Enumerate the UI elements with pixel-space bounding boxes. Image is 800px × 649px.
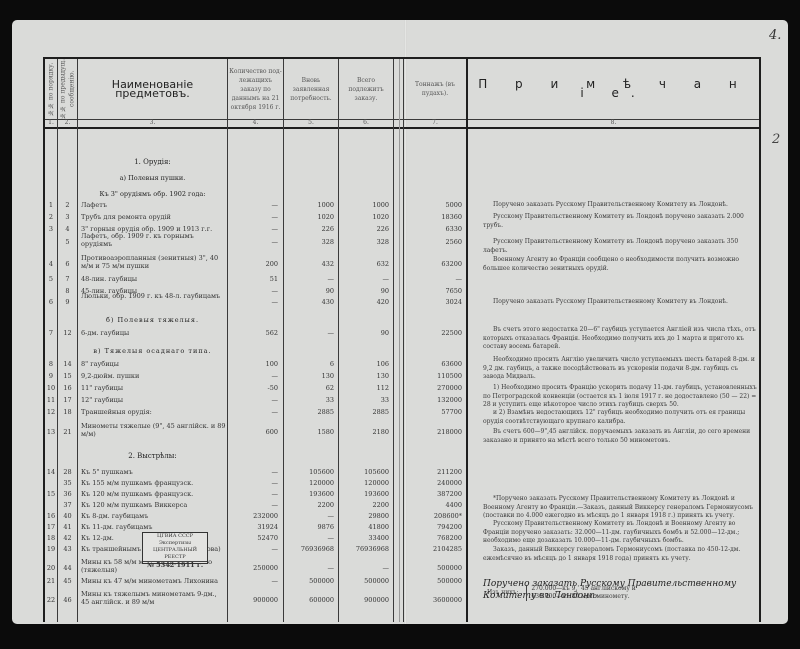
prev-number: 44 bbox=[58, 564, 77, 572]
subsection-heading: в) Тяжелыя осаднаго типа. bbox=[78, 347, 227, 355]
qty-oct-1916: 900000 bbox=[228, 596, 278, 604]
new-demand: 62 bbox=[284, 384, 334, 392]
total-to-order: 76936968 bbox=[339, 545, 389, 553]
subsection-heading: Къ 3" орудiямъ обр. 1902 года: bbox=[78, 190, 227, 198]
tonnage: 5000 bbox=[404, 201, 462, 209]
column-number: 3. bbox=[78, 119, 227, 127]
tonnage: 18360 bbox=[404, 213, 462, 221]
new-demand: 105600 bbox=[284, 468, 334, 476]
prev-number: 16 bbox=[58, 384, 77, 392]
row-number: 6 bbox=[45, 298, 57, 306]
total-to-order: 112 bbox=[339, 384, 389, 392]
qty-oct-1916: 600 bbox=[228, 428, 278, 436]
total-to-order: — bbox=[339, 564, 389, 572]
qty-oct-1916: 250000 bbox=[228, 564, 278, 572]
remark-note: Поручено заказать Русскому Правительстве… bbox=[483, 201, 758, 210]
prev-number: 18 bbox=[58, 408, 77, 416]
header-col2: №№ по предыдущ. сообщенiю. bbox=[58, 59, 77, 119]
prev-number: 8 bbox=[58, 287, 77, 295]
header-col4: Количество под-лежащихъ заказу по данным… bbox=[228, 59, 283, 119]
item-name: Минометы тяжелые (9", 45 англiйск. и 89 … bbox=[81, 422, 227, 438]
new-demand: 90 bbox=[284, 287, 334, 295]
remark-note: Въ счетъ этого недостатка 20—6" гаубицъ … bbox=[483, 326, 758, 352]
header-col3: Наименованiе предметовъ. bbox=[78, 59, 227, 119]
tonnage: 3600000 bbox=[404, 596, 462, 604]
column-number: 8. bbox=[468, 119, 759, 127]
qty-oct-1916: 52470 bbox=[228, 534, 278, 542]
subsection-heading: б) Полевыя тяжелыя. bbox=[78, 316, 227, 324]
total-to-order: 90 bbox=[339, 287, 389, 295]
item-name: Къ 5" пушкамъ bbox=[81, 468, 227, 476]
total-breakdown: Изъ нихъ: 270.000—къ 9,' 45 англiйскому … bbox=[487, 585, 636, 601]
header-col8: П р и м ѣ ч а н i е. bbox=[468, 59, 759, 119]
item-name: Лафетъ, обр. 1909 г. къ горнымъ орудiямъ bbox=[81, 232, 227, 248]
fold-line bbox=[399, 59, 400, 622]
qty-oct-1916: — bbox=[228, 287, 278, 295]
tonnage: 132000 bbox=[404, 396, 462, 404]
total-to-order: 632 bbox=[339, 260, 389, 268]
new-demand: 430 bbox=[284, 298, 334, 306]
prev-number: 28 bbox=[58, 468, 77, 476]
item-name: Люльки, обр. 1909 г. къ 48-л. гаубицамъ bbox=[81, 292, 227, 300]
remark-note: Заказъ, данный Виккерсу генераломъ Гермо… bbox=[483, 546, 758, 563]
row-number: 17 bbox=[45, 523, 57, 531]
new-demand: — bbox=[284, 534, 334, 542]
prev-number: 37 bbox=[58, 501, 77, 509]
item-name: 8" гаубицы bbox=[81, 360, 227, 368]
qty-oct-1916: 100 bbox=[228, 360, 278, 368]
prev-number: 42 bbox=[58, 534, 77, 542]
row-number: 21 bbox=[45, 577, 57, 585]
stamp-number: № 5342 1911 г. bbox=[143, 561, 207, 569]
table-right-edge bbox=[759, 59, 761, 622]
total-label: Изъ нихъ: bbox=[487, 589, 518, 597]
new-demand: 120000 bbox=[284, 479, 334, 487]
tonnage: 4400 bbox=[404, 501, 462, 509]
total-to-order: 130 bbox=[339, 372, 389, 380]
item-name: Лафетъ bbox=[81, 201, 227, 209]
tonnage: 500000 bbox=[404, 564, 462, 572]
qty-oct-1916: — bbox=[228, 213, 278, 221]
total-to-order: 1020 bbox=[339, 213, 389, 221]
tonnage: 3024 bbox=[404, 298, 462, 306]
tonnage: 768200 bbox=[404, 534, 462, 542]
prev-number: 6 bbox=[58, 260, 77, 268]
row-number: 12 bbox=[45, 408, 57, 416]
subsection-heading: а) Полевыя пушки. bbox=[78, 174, 227, 182]
row-number: 3 bbox=[45, 225, 57, 233]
new-demand: 76936968 bbox=[284, 545, 334, 553]
prev-number: 14 bbox=[58, 360, 77, 368]
qty-oct-1916: 232000 bbox=[228, 512, 278, 520]
item-name: 9,2-дюйм. пушки bbox=[81, 372, 227, 380]
row-number: 15 bbox=[45, 490, 57, 498]
col-divider bbox=[466, 59, 468, 622]
qty-oct-1916: — bbox=[228, 372, 278, 380]
prev-number: 46 bbox=[58, 596, 77, 604]
total-to-order: 2200 bbox=[339, 501, 389, 509]
qty-oct-1916: — bbox=[228, 545, 278, 553]
total-to-order: 90 bbox=[339, 329, 389, 337]
stamp-line: Экспертизы bbox=[143, 540, 207, 547]
column-number: 2. bbox=[58, 119, 77, 127]
prev-number: 9 bbox=[58, 298, 77, 306]
stamp-line: ЦГВИА СССР bbox=[143, 533, 207, 540]
item-name: Къ 120 м/м пушкамъ французск. bbox=[81, 490, 227, 498]
remark-note: Русскому Правительственному Комитету въ … bbox=[483, 213, 758, 230]
col-divider bbox=[77, 59, 78, 622]
total-to-order: 33400 bbox=[339, 534, 389, 542]
remark-note: Поручено заказать Русскому Правительстве… bbox=[483, 298, 758, 307]
column-number: 7. bbox=[404, 119, 466, 127]
prev-number: 21 bbox=[58, 428, 77, 436]
item-name: Къ 120 м/м пушкамъ Виккерса bbox=[81, 501, 227, 509]
new-demand: 6 bbox=[284, 360, 334, 368]
total-to-order: 193600 bbox=[339, 490, 389, 498]
qty-oct-1916: -50 bbox=[228, 384, 278, 392]
item-name: 48-лин. гаубицы bbox=[81, 275, 227, 283]
item-name: Трубъ для ремонта орудiй bbox=[81, 213, 227, 221]
new-demand: 328 bbox=[284, 238, 334, 246]
remark-note: *Поручено заказать Русскому Правительств… bbox=[483, 495, 758, 521]
total-to-order: 120000 bbox=[339, 479, 389, 487]
total-to-order: 105600 bbox=[339, 468, 389, 476]
tonnage: 211200 bbox=[404, 468, 462, 476]
header-col7: Тоннажъ (въ пудахъ). bbox=[404, 59, 466, 119]
prev-number: 7 bbox=[58, 275, 77, 283]
remark-note: Въ счетъ 600—9",45 англiйск. поручаемыхъ… bbox=[483, 428, 758, 445]
qty-oct-1916: — bbox=[228, 468, 278, 476]
item-name: 12" гаубицы bbox=[81, 396, 227, 404]
header-col6: Всего подлежитъ заказу. bbox=[339, 59, 393, 119]
prev-number: 4 bbox=[58, 225, 77, 233]
header-bottom-rule bbox=[45, 127, 759, 129]
new-demand: 226 bbox=[284, 225, 334, 233]
column-number: 1. bbox=[45, 119, 57, 127]
section-heading: 1. Орудiя: bbox=[78, 158, 227, 166]
row-number: 20 bbox=[45, 564, 57, 572]
remark-note: Военному Агенту во Францiи сообщено о не… bbox=[483, 256, 758, 273]
qty-oct-1916: — bbox=[228, 238, 278, 246]
total-to-order: 29800 bbox=[339, 512, 389, 520]
tonnage: 387200 bbox=[404, 490, 462, 498]
total-to-order: 2180 bbox=[339, 428, 389, 436]
qty-oct-1916: — bbox=[228, 479, 278, 487]
qty-oct-1916: 31924 bbox=[228, 523, 278, 531]
new-demand: 9876 bbox=[284, 523, 334, 531]
column-number: 5. bbox=[284, 119, 338, 127]
prev-number: 36 bbox=[58, 490, 77, 498]
item-name: Къ 8-дм. гаубицамъ bbox=[81, 512, 227, 520]
tonnage: 240000 bbox=[404, 479, 462, 487]
row-number: 5 bbox=[45, 275, 57, 283]
remark-note: 1) Необходимо просить Францiю ускорить п… bbox=[483, 384, 758, 410]
total-to-order: 226 bbox=[339, 225, 389, 233]
tonnage: 63600 bbox=[404, 360, 462, 368]
tonnage: 2104285 bbox=[404, 545, 462, 553]
row-number: 22 bbox=[45, 596, 57, 604]
qty-oct-1916: — bbox=[228, 490, 278, 498]
new-demand: — bbox=[284, 329, 334, 337]
prev-number: 45 bbox=[58, 577, 77, 585]
prev-number: 3 bbox=[58, 213, 77, 221]
tonnage: — bbox=[404, 275, 462, 283]
total-to-order: 328 bbox=[339, 238, 389, 246]
tonnage: 2560 bbox=[404, 238, 462, 246]
column-number: 6. bbox=[339, 119, 393, 127]
item-name: Противоаэропланныя (зенитныя) 3", 40 м/м… bbox=[81, 254, 227, 270]
prev-number: 12 bbox=[58, 329, 77, 337]
stamp-line: ЦЕНТРАЛЬНЫЙ РЕЕСТР bbox=[143, 547, 207, 561]
qty-oct-1916: — bbox=[228, 408, 278, 416]
remark-note: Русскому Правительственному Комитету въ … bbox=[483, 238, 758, 255]
row-number: 9 bbox=[45, 372, 57, 380]
total-to-order: 33 bbox=[339, 396, 389, 404]
prev-number: 40 bbox=[58, 512, 77, 520]
new-demand: — bbox=[284, 512, 334, 520]
qty-oct-1916: — bbox=[228, 225, 278, 233]
row-number: 2 bbox=[45, 213, 57, 221]
row-number: 1 bbox=[45, 201, 57, 209]
new-demand: 600000 bbox=[284, 596, 334, 604]
prev-number: 15 bbox=[58, 372, 77, 380]
remark-note: Необходимо просить Англiю увеличить числ… bbox=[483, 356, 758, 382]
row-number: 10 bbox=[45, 384, 57, 392]
new-demand: 500000 bbox=[284, 577, 334, 585]
prev-number: 17 bbox=[58, 396, 77, 404]
tonnage: 63200 bbox=[404, 260, 462, 268]
tonnage: 7650 bbox=[404, 287, 462, 295]
column-number: 4. bbox=[228, 119, 283, 127]
tonnage: 57700 bbox=[404, 408, 462, 416]
item-name: Къ 11-дм. гаубицамъ bbox=[81, 523, 227, 531]
tonnage: 208600* bbox=[404, 512, 462, 520]
tonnage: 270000 bbox=[404, 384, 462, 392]
tonnage: 6330 bbox=[404, 225, 462, 233]
tonnage: 500000 bbox=[404, 577, 462, 585]
item-name: Траншейныя орудiя: bbox=[81, 408, 227, 416]
page-number: 4. bbox=[769, 28, 781, 43]
prev-number: 43 bbox=[58, 545, 77, 553]
margin-mark: 2 bbox=[772, 132, 780, 147]
row-number: 19 bbox=[45, 545, 57, 553]
new-demand: 432 bbox=[284, 260, 334, 268]
total-to-order: 41800 bbox=[339, 523, 389, 531]
prev-number: 35 bbox=[58, 479, 77, 487]
header-col5: Вновь заявленная потребность. bbox=[284, 59, 338, 119]
prev-number: 41 bbox=[58, 523, 77, 531]
item-name: Мины къ тяжелымъ минометамъ 9-дм., 45 ан… bbox=[81, 590, 227, 606]
tonnage: 218000 bbox=[404, 428, 462, 436]
new-demand: 1000 bbox=[284, 201, 334, 209]
new-demand: 193600 bbox=[284, 490, 334, 498]
row-number: 8 bbox=[45, 360, 57, 368]
col-divider bbox=[393, 59, 394, 622]
total-to-order: 1000 bbox=[339, 201, 389, 209]
qty-oct-1916: — bbox=[228, 396, 278, 404]
section-heading: 2. Выстрѣлы: bbox=[78, 452, 227, 460]
item-name: Мины къ 47 м/м минометамъ Лихонина bbox=[81, 577, 227, 585]
row-number: 11 bbox=[45, 396, 57, 404]
header-col1: №№ по порядку. bbox=[45, 59, 57, 119]
row-number: 16 bbox=[45, 512, 57, 520]
qty-oct-1916: 51 bbox=[228, 275, 278, 283]
new-demand: 1580 bbox=[284, 428, 334, 436]
total-to-order: 900000 bbox=[339, 596, 389, 604]
qty-oct-1916: 200 bbox=[228, 260, 278, 268]
prev-number: 5 bbox=[58, 238, 77, 246]
row-number: 7 bbox=[45, 329, 57, 337]
row-number: 4 bbox=[45, 260, 57, 268]
total-to-order: 106 bbox=[339, 360, 389, 368]
row-number: 18 bbox=[45, 534, 57, 542]
qty-oct-1916: — bbox=[228, 298, 278, 306]
item-name: 11" гаубицы bbox=[81, 384, 227, 392]
tonnage: 22500 bbox=[404, 329, 462, 337]
archive-stamp: ЦГВИА СССР Экспертизы ЦЕНТРАЛЬНЫЙ РЕЕСТР… bbox=[142, 532, 208, 564]
total-to-order: 2885 bbox=[339, 408, 389, 416]
qty-oct-1916: — bbox=[228, 501, 278, 509]
row-number: 14 bbox=[45, 468, 57, 476]
new-demand: 2885 bbox=[284, 408, 334, 416]
total-to-order: 500000 bbox=[339, 577, 389, 585]
new-demand: — bbox=[284, 564, 334, 572]
new-demand: 33 bbox=[284, 396, 334, 404]
tonnage: 110500 bbox=[404, 372, 462, 380]
total-to-order: — bbox=[339, 275, 389, 283]
remark-note: и 2) Взамѣнъ недостающихъ 12" гаубицъ не… bbox=[483, 409, 758, 426]
qty-oct-1916: — bbox=[228, 201, 278, 209]
tonnage: 794200 bbox=[404, 523, 462, 531]
total-to-order: 420 bbox=[339, 298, 389, 306]
total-line: 630.000—къ 89 м/м. миномету. bbox=[531, 593, 635, 601]
item-name: Къ 155 м/м пушкамъ французск. bbox=[81, 479, 227, 487]
item-name: 6-дм. гаубицы bbox=[81, 329, 227, 337]
remark-note: Русскому Правительственному Комитету въ … bbox=[483, 520, 758, 546]
total-line: 270.000—къ 9,' 45 англiйскому и bbox=[531, 585, 635, 593]
row-number: 13 bbox=[45, 428, 57, 436]
new-demand: 2200 bbox=[284, 501, 334, 509]
qty-oct-1916: 562 bbox=[228, 329, 278, 337]
new-demand: 1020 bbox=[284, 213, 334, 221]
qty-oct-1916: — bbox=[228, 577, 278, 585]
new-demand: 130 bbox=[284, 372, 334, 380]
prev-number: 2 bbox=[58, 201, 77, 209]
new-demand: — bbox=[284, 275, 334, 283]
